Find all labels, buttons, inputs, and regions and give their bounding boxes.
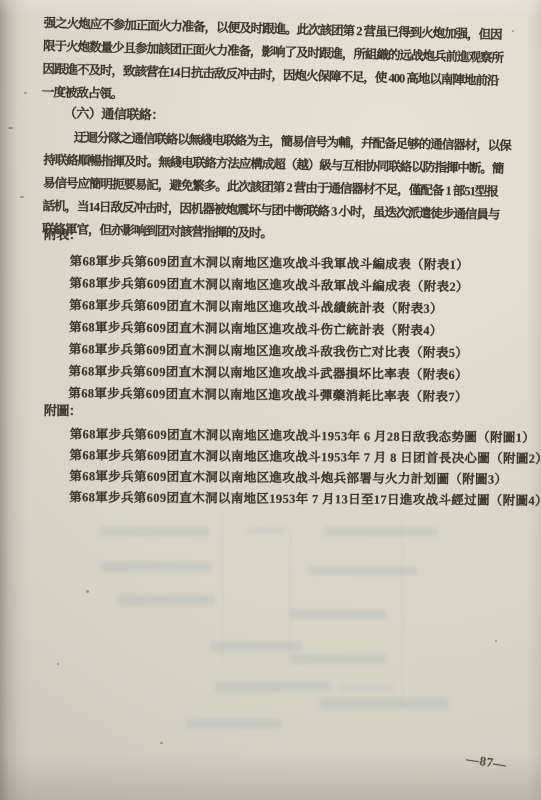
bleed-through-mark xyxy=(338,686,393,690)
bleed-through-mark xyxy=(307,566,417,575)
bleed-through-mark xyxy=(210,642,302,651)
bleed-through-rule xyxy=(290,530,291,660)
bleed-through-mark xyxy=(100,562,212,572)
page-right-edge-shadow xyxy=(527,0,541,800)
paper-speck xyxy=(24,92,27,94)
bleed-through-mark xyxy=(117,595,215,605)
bleed-through-mark xyxy=(100,527,210,536)
appendix-maps-section: 附圖： 第68軍步兵第609团直木洞以南地区進攻战斗1953年 6 月28日敌我… xyxy=(43,400,541,512)
scanned-document-page: 强之火炮应不参加正面火力准备，以便及时跟進。此次該团第 2 营虽已得到火炮加强，… xyxy=(0,0,541,800)
appendix-map-item: 第68軍步兵第609团直木洞以南地区1953年 7 月13日至17日進攻战斗經过… xyxy=(43,487,541,512)
bleed-through-mark xyxy=(323,527,438,536)
bleed-through-mark xyxy=(320,699,448,708)
appendix-tables-heading: 附表： xyxy=(44,224,470,250)
appendix-tables-section: 附表： 第68軍步兵第609团直木洞以南地区進攻战斗我軍战斗編成表（附表1） 第… xyxy=(42,224,469,408)
paper-speck xyxy=(20,196,24,198)
section-heading: （六）通信联絡： xyxy=(44,104,164,125)
bleed-through-mark xyxy=(290,610,386,619)
paper-speck xyxy=(86,590,89,593)
paper-speck xyxy=(8,127,13,129)
appendix-maps-heading: 附圖： xyxy=(44,400,541,426)
bleed-through-rule xyxy=(402,520,403,705)
bleed-through-mark xyxy=(186,719,282,728)
bleed-through-mark xyxy=(292,654,387,664)
page-left-edge-shadow xyxy=(0,0,30,800)
bleed-through-mark xyxy=(247,528,285,533)
bleed-through-rule xyxy=(222,510,223,660)
paper-speck xyxy=(495,640,497,642)
bleed-through-mark xyxy=(215,682,330,691)
paper-speck xyxy=(160,742,163,744)
page-bottom-edge-shadow xyxy=(0,754,541,800)
paragraph-artillery: 强之火炮应不参加正面火力准备，以便及时跟進。此次該团第 2 营虽已得到火炮加强，… xyxy=(42,12,514,116)
paper-speck xyxy=(57,663,59,665)
